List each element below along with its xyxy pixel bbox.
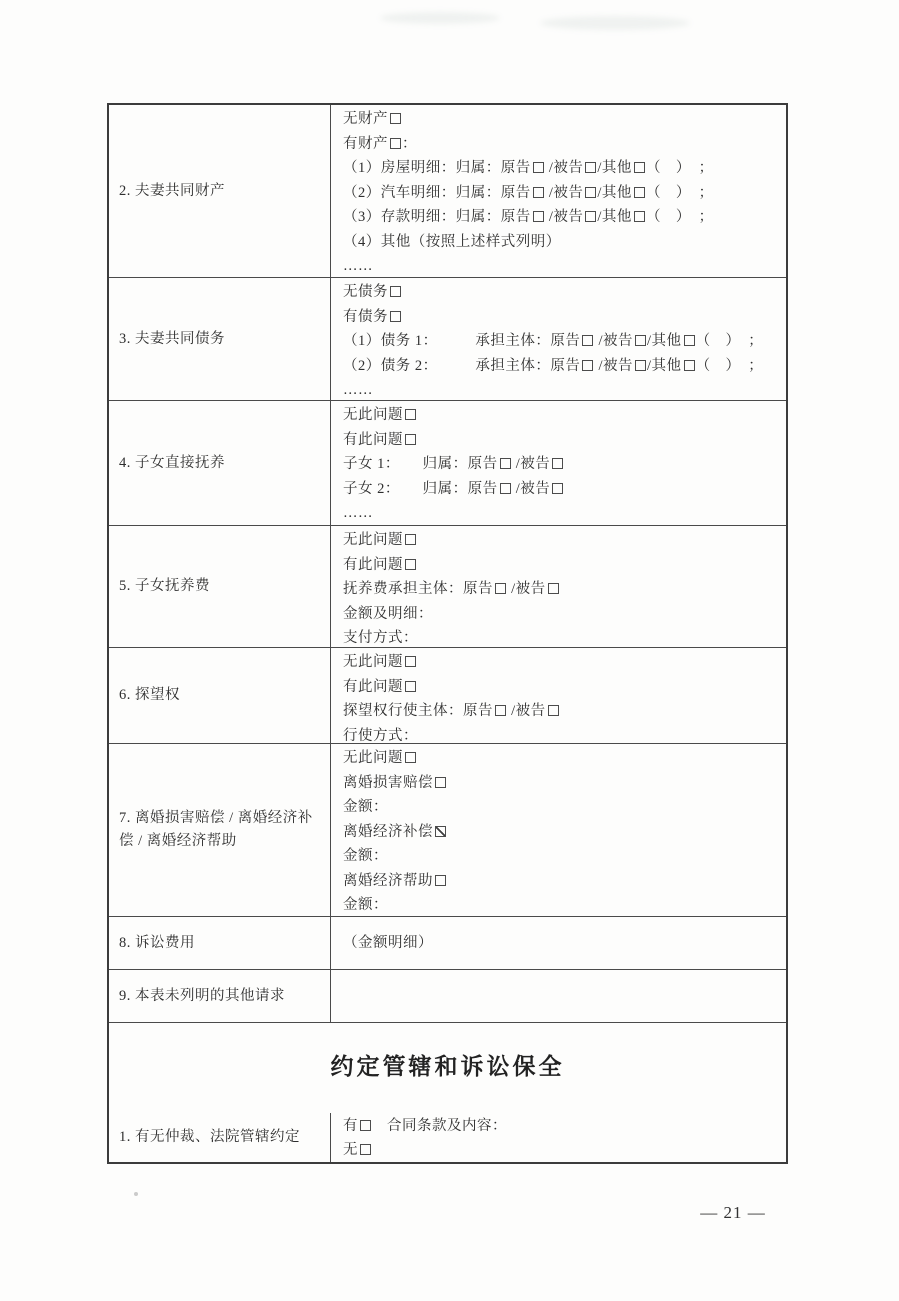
checkbox-icon <box>390 113 401 124</box>
scanned-document-page: 2. 夫妻共同财产 无财产有财产：（1）房屋明细：归属：原告 /被告/其他（ ）… <box>0 0 899 1301</box>
divorce-claims-table: 2. 夫妻共同财产 无财产有财产：（1）房屋明细：归属：原告 /被告/其他（ ）… <box>107 103 788 1164</box>
row-content: 无财产有财产：（1）房屋明细：归属：原告 /被告/其他（ ） ；（2）汽车明细：… <box>331 105 786 277</box>
checkbox-icon <box>405 559 416 570</box>
page-number: — 21 — <box>668 1203 798 1223</box>
checkbox-icon <box>634 187 645 198</box>
checkbox-icon <box>585 211 596 222</box>
section-title: 约定管辖和诉讼保全 <box>331 1048 565 1081</box>
row-label: 2. 夫妻共同财产 <box>109 105 331 277</box>
checkbox-icon <box>405 681 416 692</box>
checkbox-icon <box>635 360 646 371</box>
checkbox-icon <box>500 458 511 469</box>
table-row: 1. 有无仲裁、法院管辖约定 有 合同条款及内容：无 <box>109 1113 786 1162</box>
claims-rows: 2. 夫妻共同财产 无财产有财产：（1）房屋明细：归属：原告 /被告/其他（ ）… <box>109 105 786 1022</box>
checkbox-icon <box>360 1120 371 1131</box>
checkbox-icon <box>360 1144 371 1155</box>
table-row: 8. 诉讼费用 （金额明细） <box>109 916 786 969</box>
jurisdiction-rows: 1. 有无仲裁、法院管辖约定 有 合同条款及内容：无 <box>109 1113 786 1162</box>
table-row: 6. 探望权 无此问题有此问题探望权行使主体：原告 /被告行使方式： <box>109 647 786 743</box>
row-content: 无此问题有此问题抚养费承担主体：原告 /被告金额及明细：支付方式： <box>331 526 786 647</box>
checkbox-icon <box>634 162 645 173</box>
checkbox-icon <box>500 483 511 494</box>
table-row: 3. 夫妻共同债务 无债务有债务（1）债务 1： 承担主体：原告 /被告/其他（… <box>109 277 786 400</box>
scan-artifact <box>540 16 690 30</box>
checkbox-icon <box>405 656 416 667</box>
checkbox-icon <box>548 705 559 716</box>
row-content: 无此问题有此问题探望权行使主体：原告 /被告行使方式： <box>331 648 786 743</box>
row-content <box>331 970 786 1022</box>
checkbox-icon <box>390 286 401 297</box>
table-row: 7. 离婚损害赔偿 / 离婚经济补偿 / 离婚经济帮助 无此问题离婚损害赔偿金额… <box>109 743 786 916</box>
row-content: （金额明细） <box>331 917 786 969</box>
checkbox-icon <box>548 583 559 594</box>
scan-artifact <box>134 1192 138 1196</box>
row-label: 8. 诉讼费用 <box>109 917 331 969</box>
scan-artifact <box>380 12 500 24</box>
checkbox-icon <box>405 434 416 445</box>
row-label: 7. 离婚损害赔偿 / 离婚经济补偿 / 离婚经济帮助 <box>109 744 331 916</box>
checkbox-icon <box>495 583 506 594</box>
table-row: 5. 子女抚养费 无此问题有此问题抚养费承担主体：原告 /被告金额及明细：支付方… <box>109 525 786 647</box>
checkbox-icon <box>390 311 401 322</box>
checkbox-icon <box>582 360 593 371</box>
checkbox-checked-icon <box>435 826 446 837</box>
row-content: 无此问题离婚损害赔偿金额：离婚经济补偿金额：离婚经济帮助金额： <box>331 744 786 916</box>
row-label: 6. 探望权 <box>109 648 331 743</box>
row-content: 无此问题有此问题子女 1： 归属：原告 /被告子女 2： 归属：原告 /被告…… <box>331 401 786 525</box>
checkbox-icon <box>552 458 563 469</box>
checkbox-icon <box>585 187 596 198</box>
checkbox-icon <box>405 409 416 420</box>
checkbox-icon <box>552 483 563 494</box>
checkbox-icon <box>405 752 416 763</box>
checkbox-icon <box>405 534 416 545</box>
section-header: 约定管辖和诉讼保全 <box>109 1022 786 1113</box>
checkbox-icon <box>634 211 645 222</box>
checkbox-icon <box>635 335 646 346</box>
row-label: 1. 有无仲裁、法院管辖约定 <box>109 1113 331 1162</box>
checkbox-icon <box>533 211 544 222</box>
checkbox-icon <box>435 875 446 886</box>
checkbox-icon <box>390 138 401 149</box>
table-row: 2. 夫妻共同财产 无财产有财产：（1）房屋明细：归属：原告 /被告/其他（ ）… <box>109 105 786 277</box>
checkbox-icon <box>533 187 544 198</box>
checkbox-icon <box>582 335 593 346</box>
row-label: 9. 本表未列明的其他请求 <box>109 970 331 1022</box>
checkbox-icon <box>585 162 596 173</box>
table-row: 4. 子女直接抚养 无此问题有此问题子女 1： 归属：原告 /被告子女 2： 归… <box>109 400 786 525</box>
row-label: 4. 子女直接抚养 <box>109 401 331 525</box>
checkbox-icon <box>495 705 506 716</box>
checkbox-icon <box>684 360 695 371</box>
row-content: 有 合同条款及内容：无 <box>331 1113 786 1162</box>
row-label: 3. 夫妻共同债务 <box>109 278 331 400</box>
row-content: 无债务有债务（1）债务 1： 承担主体：原告 /被告/其他（ ） ；（2）债务 … <box>331 278 786 400</box>
checkbox-icon <box>435 777 446 788</box>
checkbox-icon <box>684 335 695 346</box>
row-label: 5. 子女抚养费 <box>109 526 331 647</box>
checkbox-icon <box>533 162 544 173</box>
table-row: 9. 本表未列明的其他请求 <box>109 969 786 1022</box>
